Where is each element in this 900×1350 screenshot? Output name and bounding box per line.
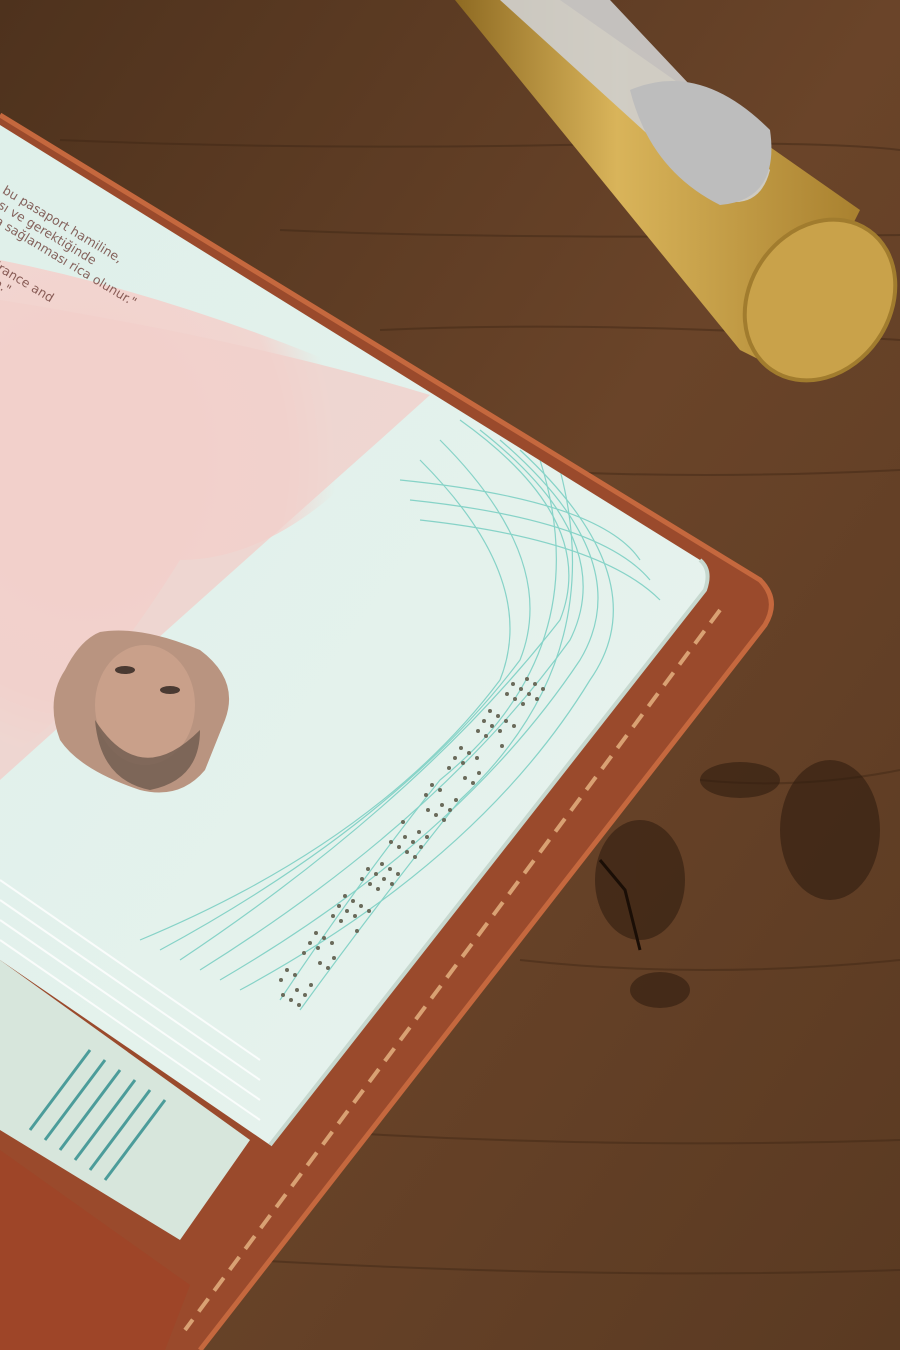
photo-scene: n, bu pasaport hamiline, ması ve gerekti… [0, 0, 900, 1350]
scene-illustration [0, 0, 900, 1350]
